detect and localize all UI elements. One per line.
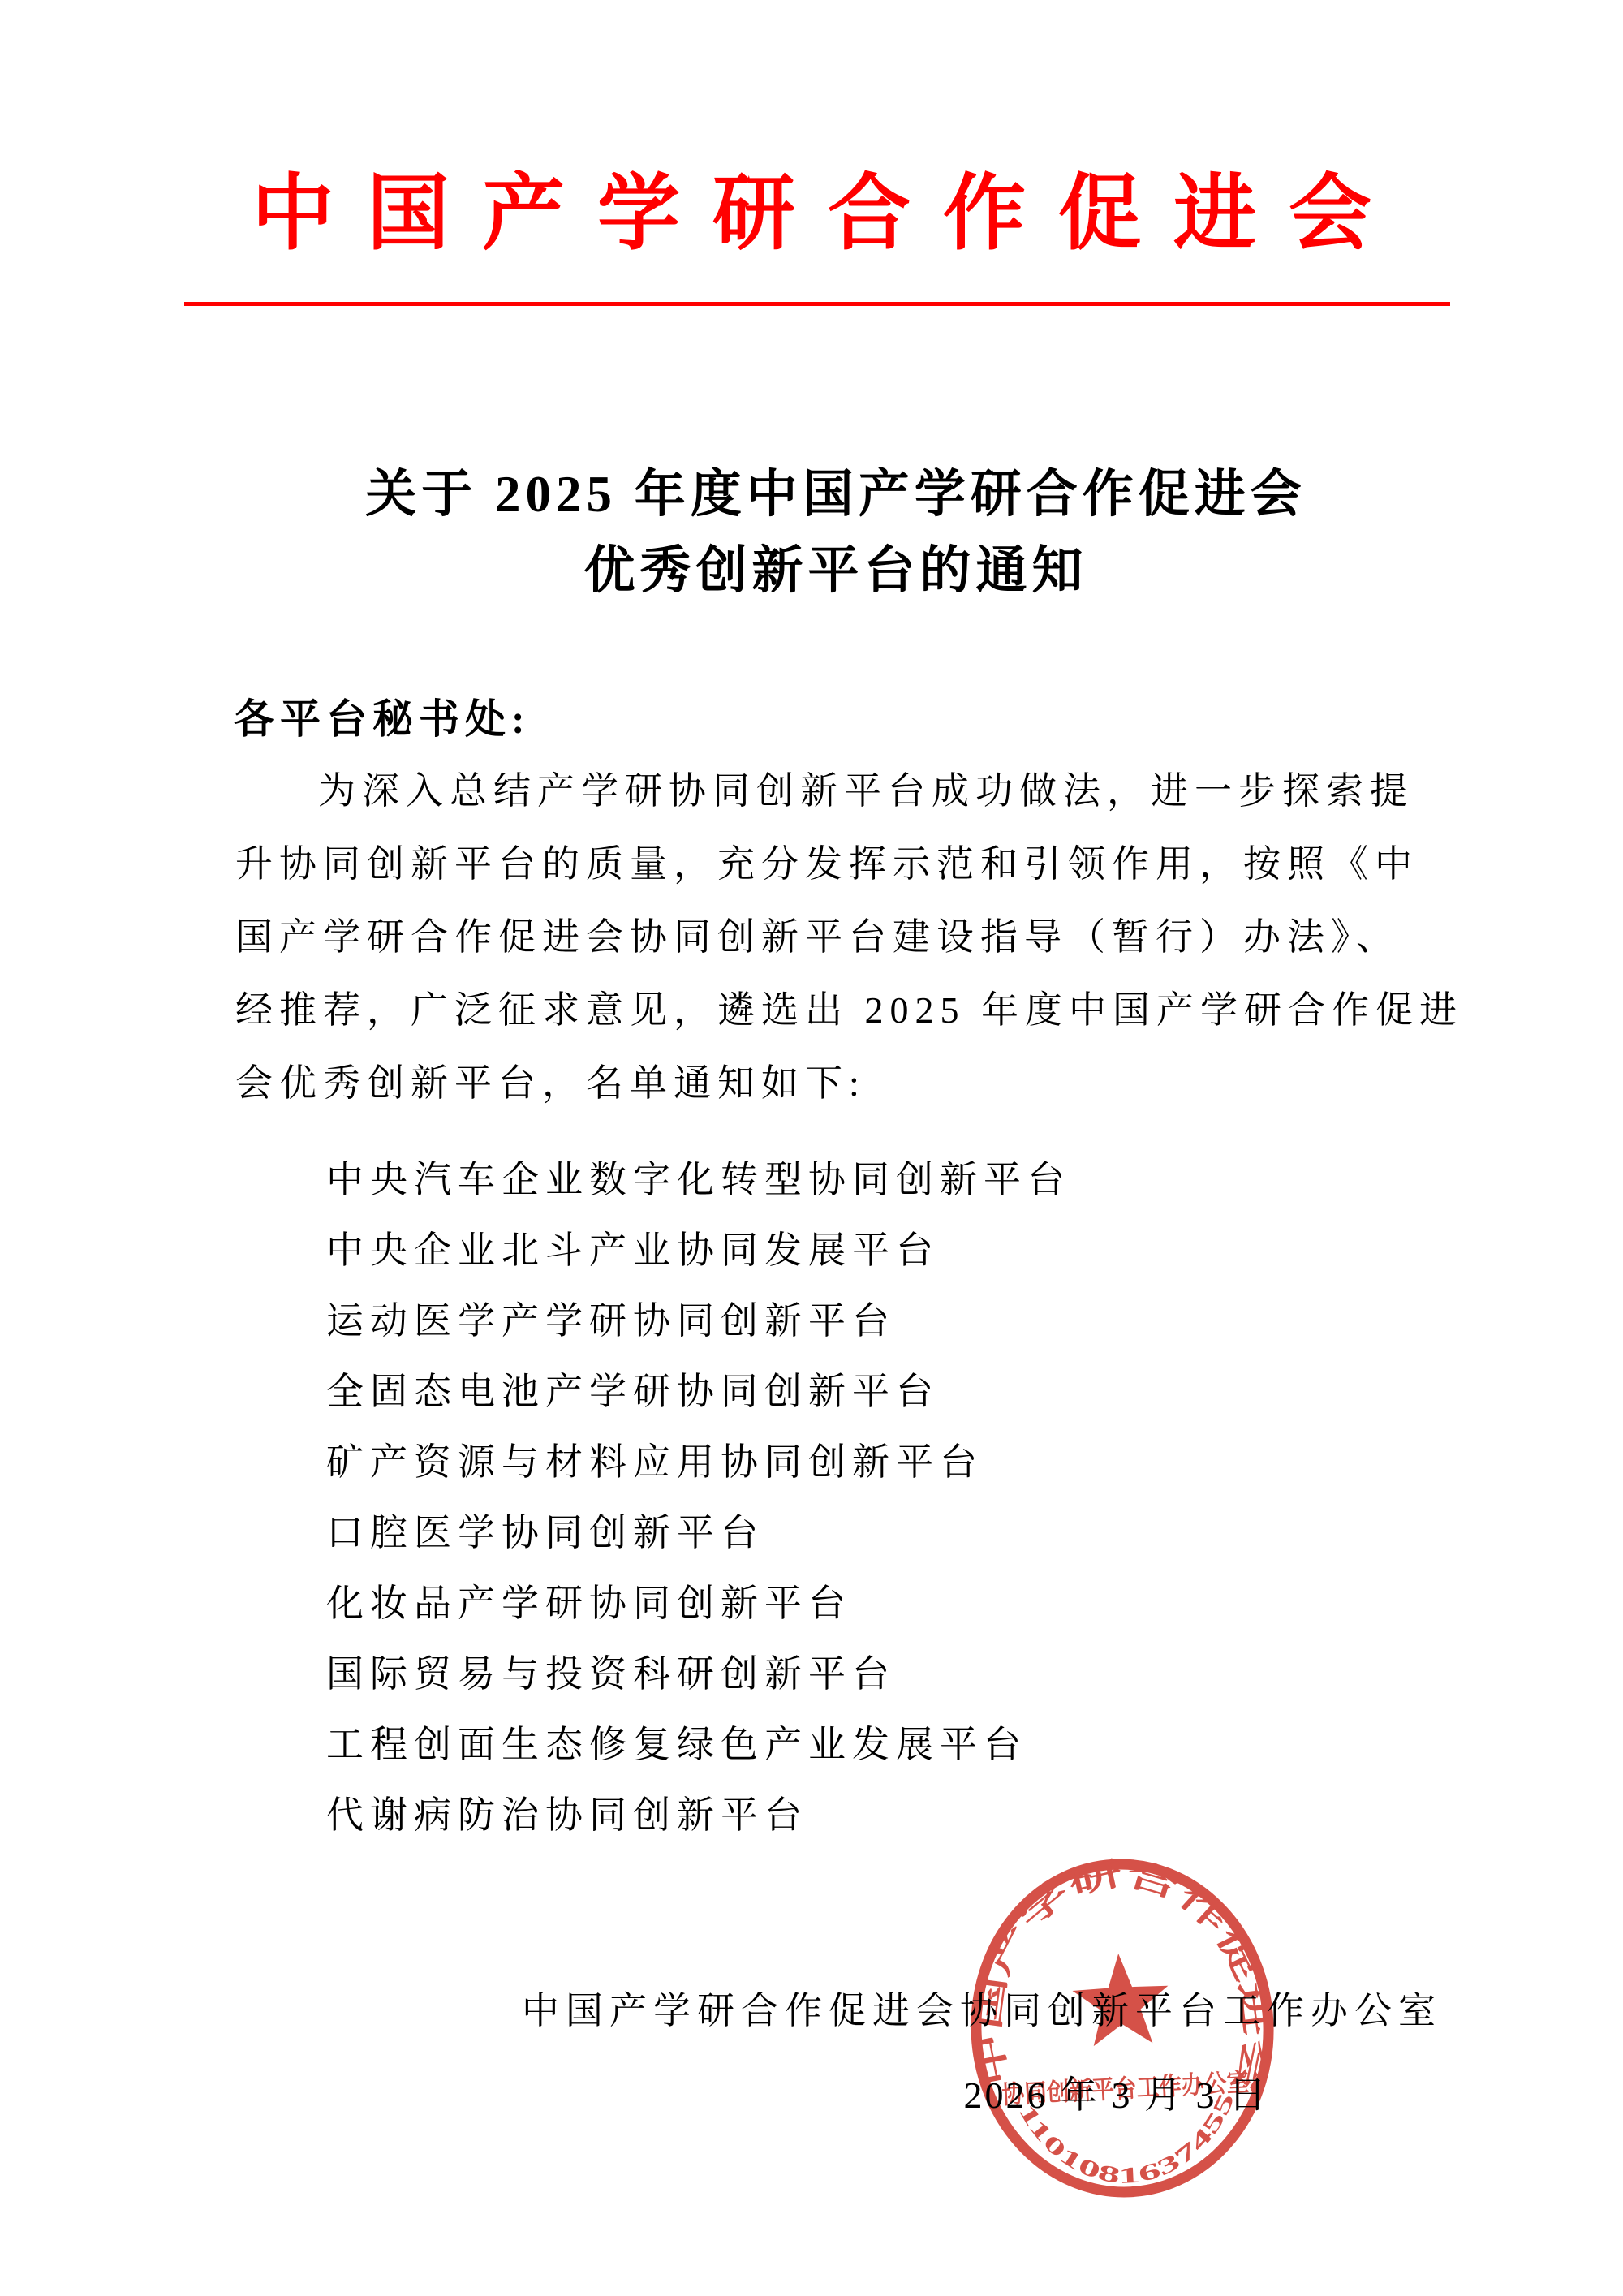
body-line: 升协同创新平台的质量，充分发挥示范和引领作用，按照《中 <box>235 828 1436 901</box>
document-title: 关于 2025 年度中国产学研合作促进会 优秀创新平台的通知 <box>203 456 1469 609</box>
platform-list-item: 国际贸易与投资科研创新平台 <box>326 1639 1071 1709</box>
document-page: 中国产学研合作促进会 关于 2025 年度中国产学研合作促进会 优秀创新平台的通… <box>0 0 1623 2296</box>
salutation: 各平台秘书处: <box>234 695 531 743</box>
platform-list-item: 工程创面生态修复绿色产业发展平台 <box>326 1709 1071 1780</box>
body-line: 经推荐，广泛征求意见，遴选出 2025 年度中国产学研合作促进 <box>235 974 1436 1047</box>
body-paragraph: 为深入总结产学研协同创新平台成功做法，进一步探索提 升协同创新平台的质量，充分发… <box>235 755 1436 1120</box>
platform-list-item: 口腔医学协同创新平台 <box>326 1497 1071 1568</box>
body-line: 为深入总结产学研协同创新平台成功做法，进一步探索提 <box>235 755 1436 828</box>
letterhead-divider-rule <box>184 302 1450 306</box>
platform-list-item: 中央汽车企业数字化转型协同创新平台 <box>326 1144 1071 1215</box>
platform-list: 中央汽车企业数字化转型协同创新平台 中央企业北斗产业协同发展平台 运动医学产学研… <box>326 1144 1071 1850</box>
platform-list-item: 全固态电池产学研协同创新平台 <box>326 1356 1071 1427</box>
document-title-line2: 优秀创新平台的通知 <box>203 532 1469 609</box>
platform-list-item: 运动医学产学研协同创新平台 <box>326 1286 1071 1356</box>
platform-list-item: 中央企业北斗产业协同发展平台 <box>326 1215 1071 1286</box>
document-title-line1: 关于 2025 年度中国产学研合作促进会 <box>203 456 1469 532</box>
letterhead-org-name: 中国产学研合作促进会 <box>0 167 1623 263</box>
platform-list-item: 代谢病防治协同创新平台 <box>326 1780 1071 1850</box>
body-line: 国产学研合作促进会协同创新平台建设指导（暂行）办法》、 <box>235 901 1436 974</box>
platform-list-item: 矿产资源与材料应用协同创新平台 <box>326 1427 1071 1497</box>
signature-office: 中国产学研合作促进会协同创新平台工作办公室 <box>522 1987 1442 2035</box>
body-line: 会优秀创新平台，名单通知如下: <box>235 1047 1436 1120</box>
signature-date: 2026 年 3 月 3 日 <box>964 2071 1269 2120</box>
platform-list-item: 化妆品产学研协同创新平台 <box>326 1568 1071 1639</box>
